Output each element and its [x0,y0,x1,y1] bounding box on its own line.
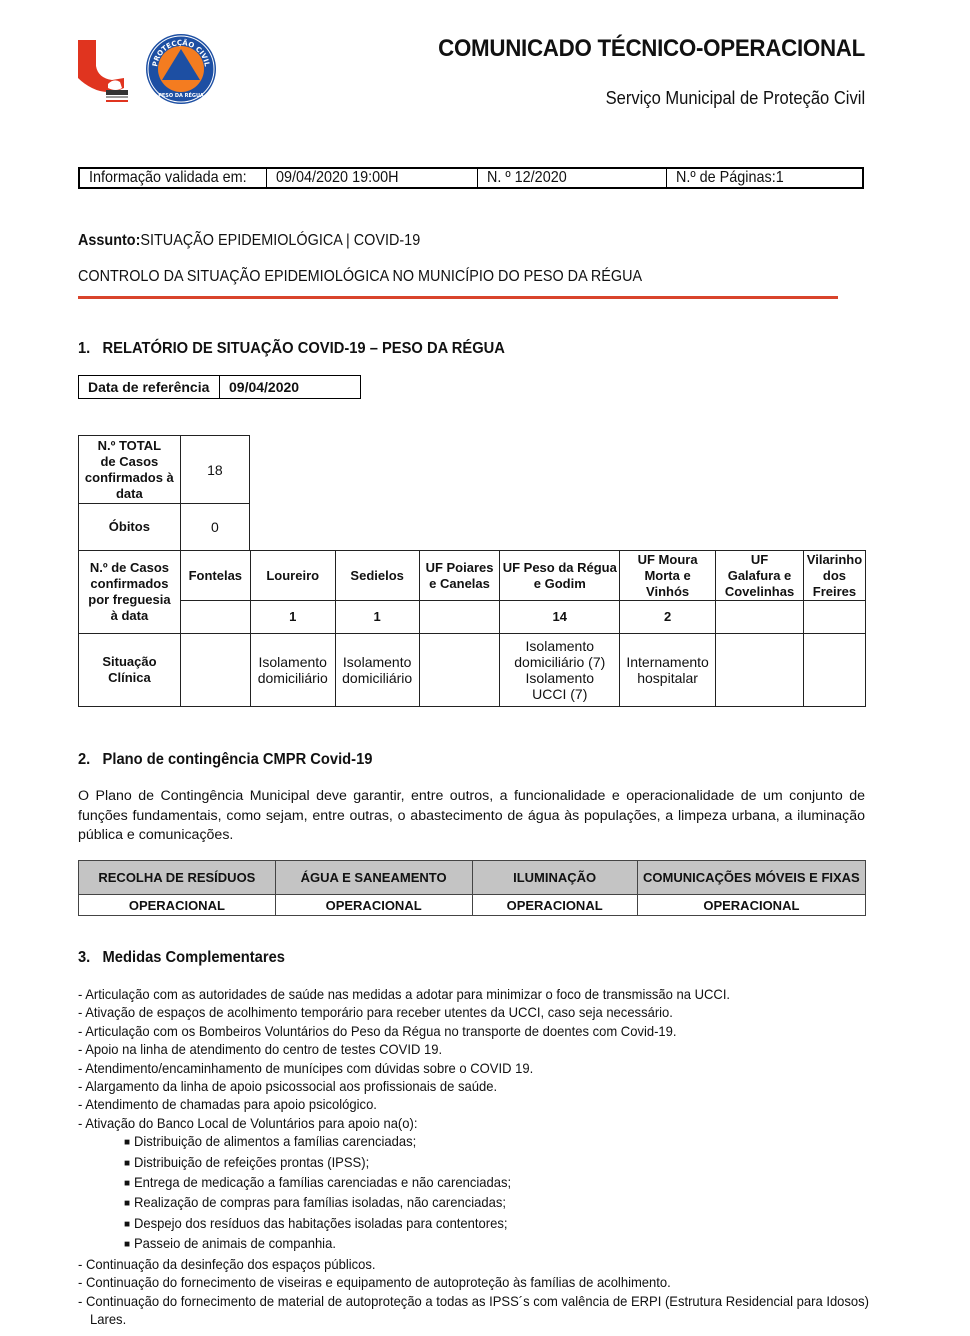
reference-date-value: 09/04/2020 [220,376,360,398]
service-status: OPERACIONAL [472,895,637,916]
validated-value: 09/04/2020 19:00H [267,169,478,187]
measure-subitem: ■Despejo dos resíduos das habitações iso… [78,1214,878,1234]
deaths-value: 0 [180,504,249,551]
measure-subitem: ■Realização de compras para famílias iso… [78,1193,878,1213]
section-3-title: 3. Medidas Complementares [78,949,303,967]
measure-item: - Continuação do fornecimento de viseira… [78,1273,878,1291]
deaths-label: Óbitos [79,504,181,551]
parish-name: Sedielos [335,551,419,601]
bullet-icon: ■ [124,1239,130,1250]
bullet-icon: ■ [124,1198,130,1209]
parish-clinical-status: Isolamentodomiciliário (7)IsolamentoUCCI… [500,634,620,707]
parish-cases-value [419,601,500,634]
parish-clinical-status [803,634,865,707]
parish-clinical-status: Internamentohospitalar [620,634,716,707]
cmpr-logo [78,38,130,104]
measure-subitem: ■Distribuição de alimentos a famílias ca… [78,1132,878,1152]
parish-cases-value [803,601,865,634]
bullet-icon: ■ [124,1178,130,1189]
subject-line-2: CONTROLO DA SITUAÇÃO EPIDEMIOLÓGICA NO M… [78,268,705,286]
parish-name: UF MouraMorta eVinhós [620,551,716,601]
total-cases-label: N.º TOTALde Casosconfirmados àdata [79,436,181,504]
service-name: ÁGUA E SANEAMENTO [275,861,472,895]
validated-label: Informação validada em: [80,169,267,187]
parish-name: UF Peso da Réguae Godim [500,551,620,601]
services-table: RECOLHA DE RESÍDUOSÁGUA E SANEAMENTOILUM… [78,860,866,916]
measure-item: - Alargamento da linha de apoio psicosso… [78,1077,878,1095]
section-1-title: 1. RELATÓRIO DE SITUAÇÃO COVID-19 – PESO… [78,340,542,358]
subject-label: Assunto: [78,232,140,249]
bullet-icon: ■ [124,1158,130,1169]
measure-item: - Ativação de espaços de acolhimento tem… [78,1003,878,1021]
measure-item-continuation: Lares. [78,1310,878,1328]
parish-cases-label: N.º de Casosconfirmadospor freguesiaà da… [79,551,181,634]
section-2-title: 2. Plano de contingência CMPR Covid-19 [78,751,398,769]
divider-rule [78,296,838,299]
parish-clinical-status: Isolamentodomiciliário [335,634,419,707]
parish-name: VilarinhodosFreires [803,551,865,601]
parish-cases-value [180,601,250,634]
total-cases-value: 18 [180,436,249,504]
measure-subitem: ■Distribuição de refeições prontas (IPSS… [78,1153,878,1173]
parish-name: Fontelas [180,551,250,601]
parish-name: Loureiro [250,551,335,601]
service-name: COMUNICAÇÕES MÓVEIS E FIXAS [637,861,865,895]
document-number: N. º 12/2020 [478,169,667,187]
service-status: OPERACIONAL [637,895,865,916]
parish-name: UFGalafura eCovelinhas [716,551,804,601]
service-name: ILUMINAÇÃO [472,861,637,895]
contingency-paragraph: O Plano de Contingência Municipal deve g… [78,787,865,846]
svg-text:PESO DA RÉGUA: PESO DA RÉGUA [158,91,204,99]
bullet-icon: ■ [124,1219,130,1230]
parish-cases-value: 1 [335,601,419,634]
parish-cases-table: N.º de Casosconfirmadospor freguesiaà da… [78,550,866,707]
page-count: N.º de Páginas:1 [667,169,862,187]
document-title: COMUNICADO TÉCNICO-OPERACIONAL [438,35,865,63]
parish-cases-value [716,601,804,634]
document-subtitle: Serviço Municipal de Proteção Civil [605,88,865,109]
service-status: OPERACIONAL [275,895,472,916]
totals-table: N.º TOTALde Casosconfirmados àdata 18 Ób… [78,435,250,551]
info-bar: Informação validada em: 09/04/2020 19:00… [78,167,864,189]
measure-item: - Atendimento de chamadas para apoio psi… [78,1095,878,1113]
parish-clinical-status [180,634,250,707]
measure-item: - Ativação do Banco Local de Voluntários… [78,1114,878,1132]
parish-clinical-status: Isolamentodomiciliário [250,634,335,707]
measures-list: - Articulação com as autoridades de saúd… [78,985,878,1328]
reference-date-label: Data de referência [79,376,220,398]
bullet-icon: ■ [124,1137,130,1148]
measure-subitem: ■Entrega de medicação a famílias carenci… [78,1173,878,1193]
measure-item: - Articulação com os Bombeiros Voluntári… [78,1022,878,1040]
parish-cases-value: 14 [500,601,620,634]
service-name: RECOLHA DE RESÍDUOS [79,861,276,895]
protecao-civil-logo: PROTECÇÃO CIVIL PESO DA RÉGUA [145,33,217,105]
parish-name: UF Poiarese Canelas [419,551,500,601]
measure-item: - Apoio na linha de atendimento do centr… [78,1040,878,1058]
measure-item: - Atendimento/encaminhamento de munícipe… [78,1059,878,1077]
clinical-status-label: SituaçãoClínica [79,634,181,707]
measure-item: - Continuação da desinfeção dos espaços … [78,1255,878,1273]
service-status: OPERACIONAL [79,895,276,916]
subject-value: SITUAÇÃO EPIDEMIOLÓGICA | COVID-19 [140,232,420,250]
parish-clinical-status [419,634,500,707]
measure-subitem: ■Passeio de animais de companhia. [78,1234,878,1254]
parish-cases-value: 2 [620,601,716,634]
measure-item: - Articulação com as autoridades de saúd… [78,985,878,1003]
parish-cases-value: 1 [250,601,335,634]
parish-clinical-status [716,634,804,707]
subject-line: Assunto: SITUAÇÃO EPIDEMIOLÓGICA | COVID… [78,232,458,250]
reference-date-box: Data de referência 09/04/2020 [78,375,361,399]
measure-item: - Continuação do fornecimento de materia… [78,1292,878,1310]
